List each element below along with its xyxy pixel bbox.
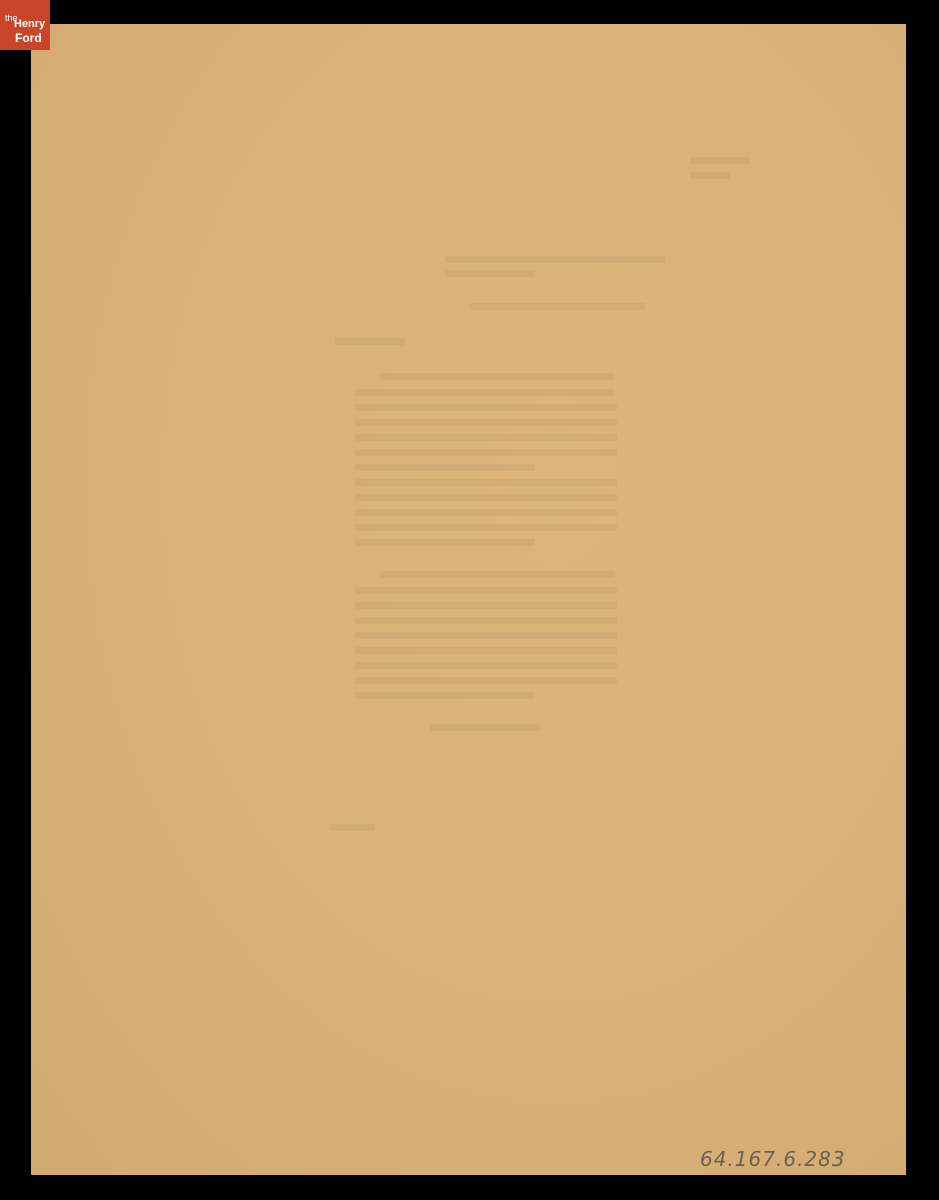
ghost-text-line: [355, 524, 617, 531]
ghost-text-line: [355, 602, 617, 609]
ghost-text-line: [355, 494, 617, 501]
ghost-text-line: [355, 662, 617, 669]
ghost-text-line: [335, 338, 405, 345]
ghost-text-line: [355, 479, 617, 486]
ghost-text-line: [330, 824, 375, 831]
ghost-text-line: [355, 449, 617, 456]
ghost-text-line: [690, 157, 750, 164]
ghost-text-line: [355, 632, 617, 639]
ghost-text-line: [355, 617, 617, 624]
ghost-text-line: [445, 256, 665, 263]
ghost-text-line: [380, 373, 615, 380]
ghost-text-line: [355, 509, 617, 516]
ghost-text-line: [430, 724, 540, 731]
ghost-text-line: [470, 303, 645, 310]
ghost-text-line: [355, 587, 617, 594]
inventory-number: 64.167.6.283: [700, 1147, 846, 1171]
ghost-text-line: [355, 647, 617, 654]
ghost-text-line: [380, 571, 615, 578]
ghost-text-line: [355, 389, 615, 396]
ghost-text-line: [355, 677, 617, 684]
ghost-text-line: [355, 464, 535, 471]
ghost-text-line: [355, 434, 617, 441]
ghost-text-line: [355, 419, 617, 426]
ghost-text-line: [445, 270, 535, 277]
letter-page: [31, 24, 906, 1175]
logo-ford: Ford: [15, 31, 42, 45]
ghost-text-line: [355, 692, 535, 699]
ghost-text-line: [355, 539, 535, 546]
logo-henry: Henry: [14, 19, 45, 30]
ghost-text-line: [690, 172, 730, 179]
the-henry-ford-logo: the Henry Ford: [0, 0, 50, 50]
ghost-text-line: [355, 404, 617, 411]
